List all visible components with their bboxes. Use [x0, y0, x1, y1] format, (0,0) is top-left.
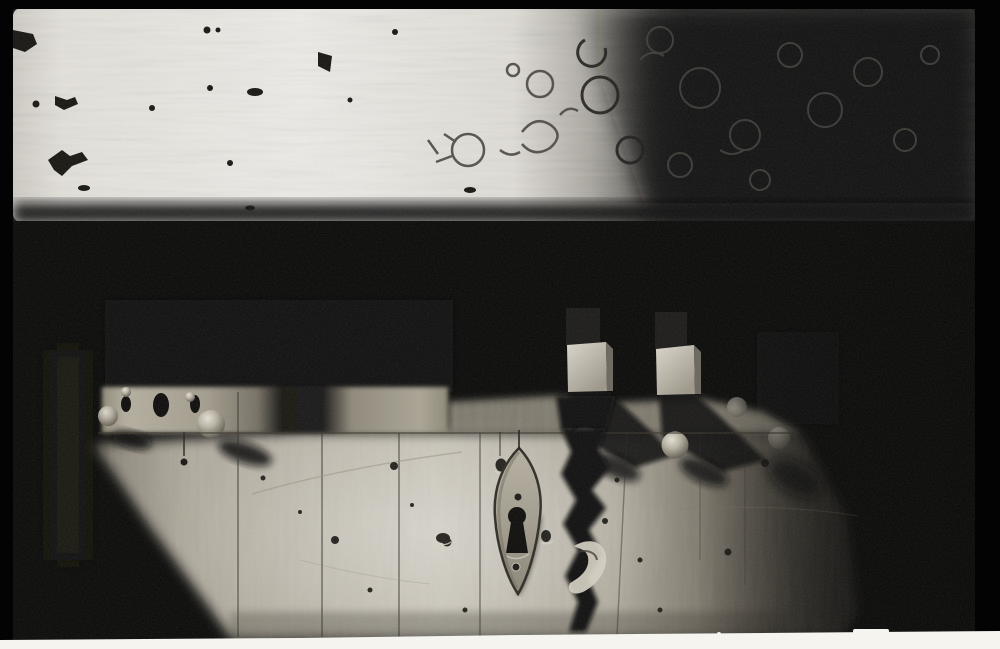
- frame-border-top: [0, 0, 1000, 9]
- frame-border-left: [0, 0, 13, 649]
- photograph-door-hardware: [0, 0, 1000, 649]
- paper-margin-tab: [853, 629, 889, 637]
- frame-border-right: [975, 0, 1000, 649]
- photo-canvas: [0, 0, 1000, 649]
- film-grain-overlay: [0, 0, 1000, 640]
- paper-margin-speck: [717, 632, 721, 636]
